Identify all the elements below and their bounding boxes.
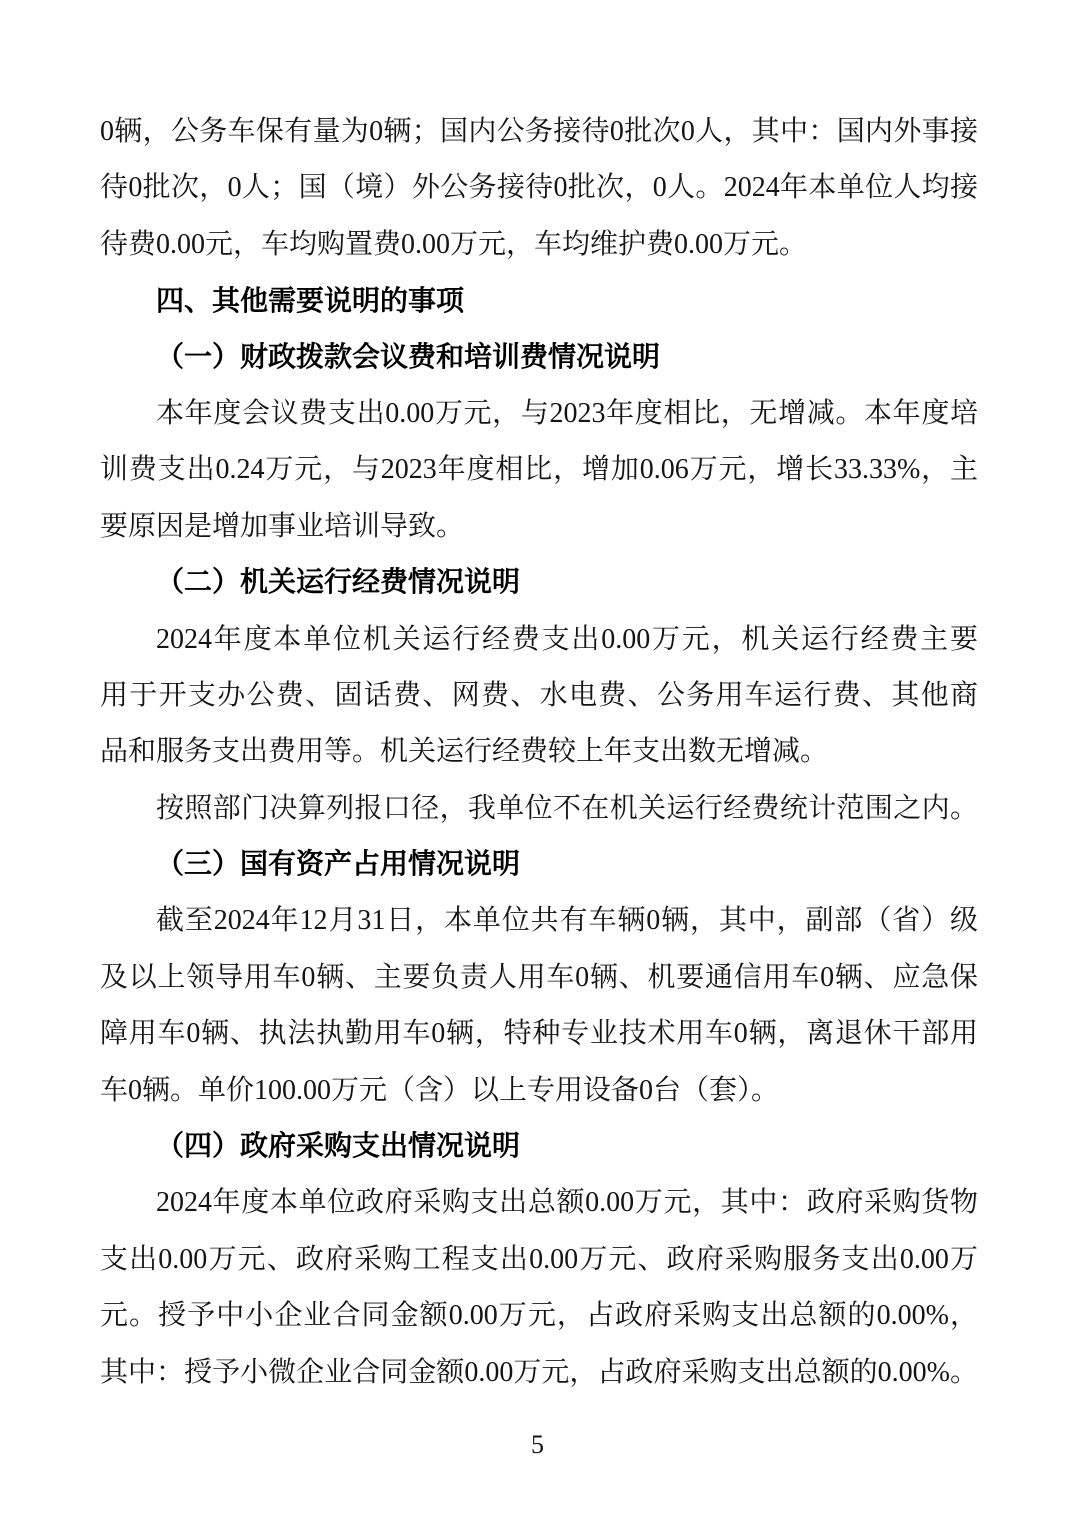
subsection-two-paragraph-line: 按照部门决算列报口径，我单位不在机关运行经费统计范围之内。 (100, 781, 978, 837)
document-body: 0辆，公务车保有量为0辆；国内公务接待0批次0人，其中：国内外事接 待0批次，0… (100, 104, 978, 1401)
subsection-two-heading: （二）机关运行经费情况说明 (100, 555, 978, 611)
subsection-three-paragraph-line: 截至2024年12月31日，本单位共有车辆0辆，其中，副部（省）级 (100, 893, 978, 949)
document-page: 0辆，公务车保有量为0辆；国内公务接待0批次0人，其中：国内外事接 待0批次，0… (0, 0, 1075, 1520)
carryover-paragraph-line: 待费0.00元，车均购置费0.00万元，车均维护费0.00万元。 (100, 217, 978, 273)
subsection-three-paragraph-line: 及以上领导用车0辆、主要负责人用车0辆、机要通信用车0辆、应急保 (100, 950, 978, 1006)
subsection-two-paragraph-line: 2024年度本单位机关运行经费支出0.00万元，机关运行经费主要 (100, 612, 978, 668)
subsection-three-paragraph-line: 车0辆。单价100.00万元（含）以上专用设备0台（套）。 (100, 1063, 978, 1119)
subsection-four-heading: （四）政府采购支出情况说明 (100, 1119, 978, 1175)
subsection-four-paragraph-line: 元。授予中小企业合同金额0.00万元，占政府采购支出总额的0.00%， (100, 1288, 978, 1344)
subsection-one-heading: （一）财政拨款会议费和培训费情况说明 (100, 330, 978, 386)
subsection-one-paragraph-line: 本年度会议费支出0.00万元，与2023年度相比，无增减。本年度培 (100, 386, 978, 442)
section-four-heading: 四、其他需要说明的事项 (100, 273, 978, 329)
carryover-paragraph-line: 待0批次，0人；国（境）外公务接待0批次，0人。2024年本单位人均接 (100, 160, 978, 216)
subsection-three-heading: （三）国有资产占用情况说明 (100, 837, 978, 893)
subsection-one-paragraph-line: 训费支出0.24万元，与2023年度相比，增加0.06万元，增长33.33%，主 (100, 442, 978, 498)
subsection-four-paragraph-line: 支出0.00万元、政府采购工程支出0.00万元、政府采购服务支出0.00万 (100, 1232, 978, 1288)
subsection-two-paragraph-line: 品和服务支出费用等。机关运行经费较上年支出数无增减。 (100, 724, 978, 780)
page-number: 5 (0, 1428, 1075, 1462)
subsection-four-paragraph-line: 其中：授予小微企业合同金额0.00万元，占政府采购支出总额的0.00%。 (100, 1345, 978, 1401)
subsection-three-paragraph-line: 障用车0辆、执法执勤用车0辆，特种专业技术用车0辆，离退休干部用 (100, 1006, 978, 1062)
carryover-paragraph-line: 0辆，公务车保有量为0辆；国内公务接待0批次0人，其中：国内外事接 (100, 104, 978, 160)
subsection-two-paragraph-line: 用于开支办公费、固话费、网费、水电费、公务用车运行费、其他商 (100, 668, 978, 724)
subsection-four-paragraph-line: 2024年度本单位政府采购支出总额0.00万元，其中：政府采购货物 (100, 1175, 978, 1231)
subsection-one-paragraph-line: 要原因是增加事业培训导致。 (100, 499, 978, 555)
